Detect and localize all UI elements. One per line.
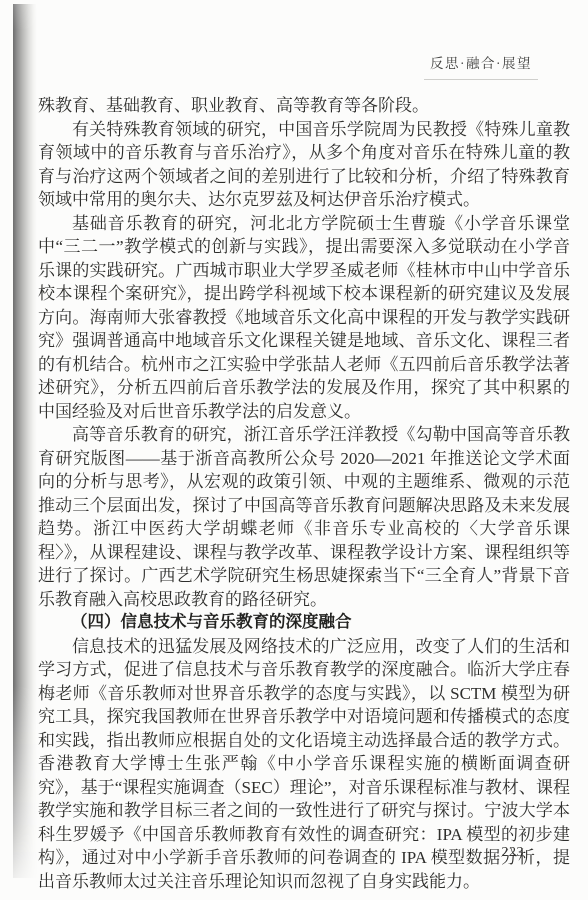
- paragraph: 基础音乐教育的研究，河北北方学院硕士生曹璇《小学音乐课堂中“三二一”教学模式的创…: [38, 212, 570, 424]
- section-heading: （四）信息技术与音乐教育的深度融合: [38, 611, 570, 635]
- running-head: 反思·融合·展望: [424, 52, 538, 80]
- binding-shadow: [13, 4, 37, 878]
- page-body: 殊教育、基础教育、职业教育、高等教育等各阶段。 有关特殊教育领域的研究，中国音乐…: [38, 94, 570, 893]
- book-page: 反思·融合·展望 殊教育、基础教育、职业教育、高等教育等各阶段。 有关特殊教育领…: [0, 0, 588, 900]
- paragraph: 有关特殊教育领域的研究，中国音乐学院周为民教授《特殊儿童教育领域中的音乐教育与音…: [38, 118, 570, 212]
- paragraph: 高等音乐教育的研究，浙江音乐学汪洋教授《勾勒中国高等音乐教育研究版图——基于浙音…: [38, 423, 570, 611]
- paragraph: 信息技术的迅猛发展及网络技术的广泛应用，改变了人们的生活和学习方式，促进了信息技…: [38, 635, 570, 894]
- paragraph-continuation: 殊教育、基础教育、职业教育、高等教育等各阶段。: [38, 94, 570, 118]
- page-number: 223: [502, 845, 525, 861]
